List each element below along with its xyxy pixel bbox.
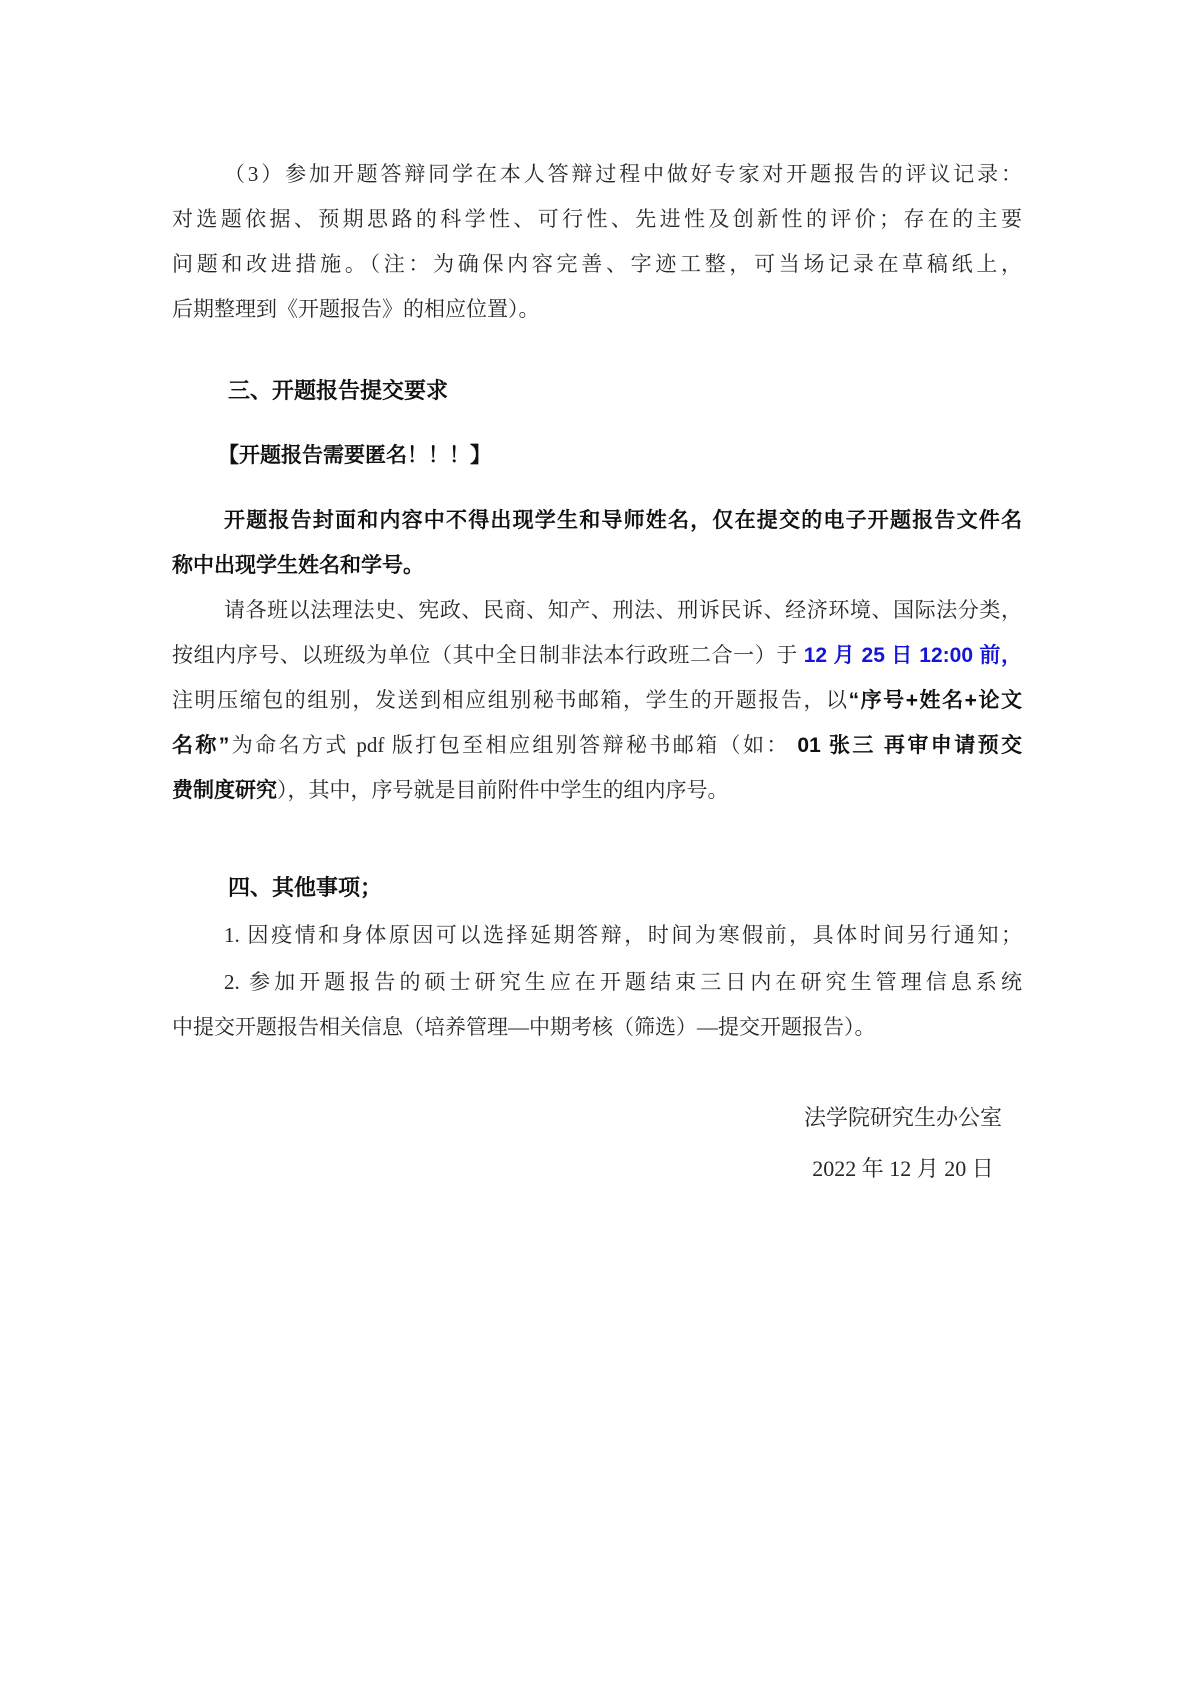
naming-format-part-1: “序号+姓名+论文 bbox=[849, 689, 1022, 712]
submission-instructions-line-2: 按组内序号、以班级为单位（其中全日制非法本行政班二合一）于 12 月 25 日 … bbox=[172, 633, 1022, 678]
submission-instructions-line-5: 费制度研究），其中，序号就是目前附件中学生的组内序号。 bbox=[172, 768, 1022, 813]
paragraph-review-notes-line-1: （3）参加开题答辩同学在本人答辩过程中做好专家对开题报告的评议记录： bbox=[172, 152, 1022, 197]
signature-office: 法学院研究生办公室 bbox=[804, 1095, 1002, 1140]
submission-instructions-line-4: 名称”为命名方式 pdf 版打包至相应组别答辩秘书邮箱（如： 01 张三 再审申… bbox=[172, 723, 1022, 768]
section-heading-other-matters: 四、其他事项； bbox=[172, 865, 1022, 910]
paragraph-anonymity-rule-line-1: 开题报告封面和内容中不得出现学生和导师姓名，仅在提交的电子开题报告文件名 bbox=[172, 498, 1022, 543]
naming-format-part-2: 名称” bbox=[172, 734, 229, 757]
anonymous-notice: 【开题报告需要匿名！！！】 bbox=[172, 433, 1022, 478]
paragraph-review-notes-line-4: 后期整理到《开题报告》的相应位置）。 bbox=[172, 287, 1022, 332]
other-matters-item-1: 1. 因疫情和身体原因可以选择延期答辩，时间为寒假前，具体时间另行通知； bbox=[172, 913, 1022, 958]
submission-instructions-line-2-text: 按组内序号、以班级为单位（其中全日制非法本行政班二合一）于 bbox=[172, 643, 804, 667]
paragraph-submission-instructions: 请各班以法理法史、宪政、民商、知产、刑法、刑诉民诉、经济环境、国际法分类， 按组… bbox=[172, 588, 1022, 813]
section-heading-submission-requirements: 三、开题报告提交要求 bbox=[172, 368, 1022, 413]
other-matters-item-1-line: 1. 因疫情和身体原因可以选择延期答辩，时间为寒假前，具体时间另行通知； bbox=[172, 913, 1022, 958]
submission-instructions-line-4-text: 为命名方式 pdf 版打包至相应组别答辩秘书邮箱（如： bbox=[229, 733, 797, 757]
paragraph-review-notes-line-2: 对选题依据、预期思路的科学性、可行性、先进性及创新性的评价；存在的主要 bbox=[172, 197, 1022, 242]
example-filename-part-2: 费制度研究 bbox=[172, 779, 277, 802]
submission-instructions-line-3: 注明压缩包的组别，发送到相应组别秘书邮箱，学生的开题报告，以“序号+姓名+论文 bbox=[172, 678, 1022, 723]
example-filename-part-1: 01 张三 再审申请预交 bbox=[797, 734, 1022, 757]
paragraph-review-notes-line-3: 问题和改进措施。（注：为确保内容完善、字迹工整，可当场记录在草稿纸上， bbox=[172, 242, 1022, 287]
other-matters-item-2: 2. 参加开题报告的硕士研究生应在开题结束三日内在研究生管理信息系统 中提交开题… bbox=[172, 960, 1022, 1050]
paragraph-anonymity-rule-line-2: 称中出现学生姓名和学号。 bbox=[172, 543, 1022, 588]
paragraph-anonymity-rule: 开题报告封面和内容中不得出现学生和导师姓名，仅在提交的电子开题报告文件名 称中出… bbox=[172, 498, 1022, 588]
other-matters-item-2-line-2: 中提交开题报告相关信息（培养管理—中期考核（筛选）—提交开题报告）。 bbox=[172, 1005, 1022, 1050]
submission-deadline: 12 月 25 日 12:00 前， bbox=[804, 644, 1022, 667]
signature-date: 2022 年 12 月 20 日 bbox=[804, 1146, 1002, 1191]
submission-instructions-line-5-text: ），其中，序号就是目前附件中学生的组内序号。 bbox=[277, 778, 729, 802]
other-matters-item-2-line-1: 2. 参加开题报告的硕士研究生应在开题结束三日内在研究生管理信息系统 bbox=[172, 960, 1022, 1005]
document-page: （3）参加开题答辩同学在本人答辩过程中做好专家对开题报告的评议记录： 对选题依据… bbox=[0, 0, 1199, 1696]
signature-block: 法学院研究生办公室 2022 年 12 月 20 日 bbox=[804, 1095, 1002, 1191]
submission-instructions-line-3-text: 注明压缩包的组别，发送到相应组别秘书邮箱，学生的开题报告，以 bbox=[172, 688, 849, 712]
paragraph-review-notes: （3）参加开题答辩同学在本人答辩过程中做好专家对开题报告的评议记录： 对选题依据… bbox=[172, 152, 1022, 332]
submission-instructions-line-1: 请各班以法理法史、宪政、民商、知产、刑法、刑诉民诉、经济环境、国际法分类， bbox=[172, 588, 1022, 633]
